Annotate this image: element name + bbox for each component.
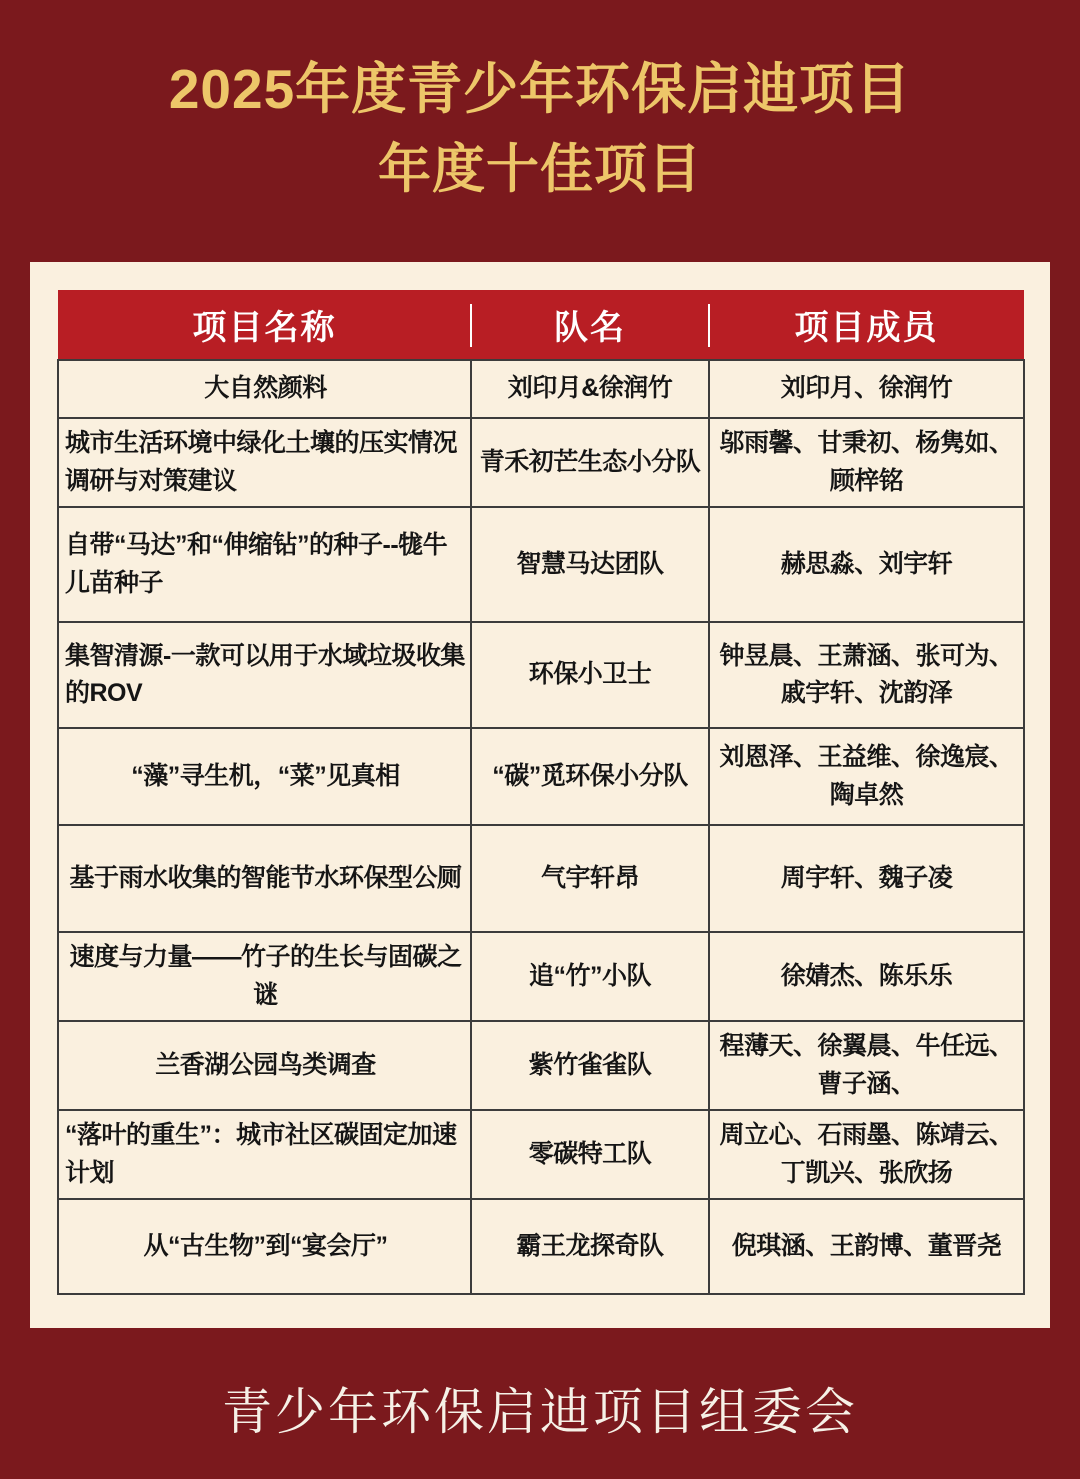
project-name-cell: 大自然颜料 [58,360,471,418]
table-row: 从“古生物”到“宴会厅” 霸王龙探奇队 倪琪涵、王韵博、董晋尧 [58,1199,1024,1294]
table-header: 项目名称 队名 项目成员 [58,290,1024,360]
table-row: 城市生活环境中绿化土壤的压实情况调研与对策建议 青禾初芒生态小分队 邬雨馨、甘秉… [58,418,1024,507]
header-row: 项目名称 队名 项目成员 [58,290,1024,360]
team-name-cell: 环保小卫士 [471,622,709,728]
team-name-cell: 霸王龙探奇队 [471,1199,709,1294]
table-row: 兰香湖公园鸟类调查 紫竹雀雀队 程薄天、徐翼晨、牛任远、曹子涵、 [58,1021,1024,1110]
members-cell: 刘印月、徐润竹 [709,360,1024,418]
members-cell: 刘恩泽、王益维、徐逸宸、陶卓然 [709,728,1024,825]
team-name-cell: 零碳特工队 [471,1110,709,1199]
project-name-cell: 从“古生物”到“宴会厅” [58,1199,471,1294]
members-cell: 钟昱晨、王萧涵、张可为、戚宇轩、沈韵泽 [709,622,1024,728]
table-body: 大自然颜料 刘印月&徐润竹 刘印月、徐润竹 城市生活环境中绿化土壤的压实情况调研… [58,360,1024,1294]
awards-table: 项目名称 队名 项目成员 大自然颜料 刘印月&徐润竹 刘印月、徐润竹 城市生活环… [57,290,1025,1295]
table-row: 大自然颜料 刘印月&徐润竹 刘印月、徐润竹 [58,360,1024,418]
members-cell: 徐婧杰、陈乐乐 [709,932,1024,1021]
project-name-cell: 速度与力量——竹子的生长与固碳之谜 [58,932,471,1021]
poster-title: 2025年度青少年环保启迪项目 年度十佳项目 [0,0,1080,196]
members-cell: 周宇轩、魏子凌 [709,825,1024,932]
table-row: 速度与力量——竹子的生长与固碳之谜 追“竹”小队 徐婧杰、陈乐乐 [58,932,1024,1021]
project-name-cell: 城市生活环境中绿化土壤的压实情况调研与对策建议 [58,418,471,507]
team-name-cell: 紫竹雀雀队 [471,1021,709,1110]
content-panel: 项目名称 队名 项目成员 大自然颜料 刘印月&徐润竹 刘印月、徐润竹 城市生活环… [30,262,1050,1328]
organizer-footer: 青少年环保启迪项目组委会 [0,1372,1080,1444]
col-header-project: 项目名称 [58,290,471,360]
members-cell: 倪琪涵、王韵博、董晋尧 [709,1199,1024,1294]
col-header-team: 队名 [471,290,709,360]
project-name-cell: “藻”寻生机，“菜”见真相 [58,728,471,825]
project-name-cell: “落叶的重生”：城市社区碳固定加速计划 [58,1110,471,1199]
table-row: 集智清源-一款可以用于水域垃圾收集的ROV 环保小卫士 钟昱晨、王萧涵、张可为、… [58,622,1024,728]
team-name-cell: 气宇轩昂 [471,825,709,932]
team-name-cell: 智慧马达团队 [471,507,709,622]
team-name-cell: “碳”觅环保小分队 [471,728,709,825]
table-row: “藻”寻生机，“菜”见真相 “碳”觅环保小分队 刘恩泽、王益维、徐逸宸、陶卓然 [58,728,1024,825]
project-name-cell: 兰香湖公园鸟类调查 [58,1021,471,1110]
members-cell: 赫思淼、刘宇轩 [709,507,1024,622]
team-name-cell: 青禾初芒生态小分队 [471,418,709,507]
team-name-cell: 追“竹”小队 [471,932,709,1021]
table-row: “落叶的重生”：城市社区碳固定加速计划 零碳特工队 周立心、石雨墨、陈靖云、丁凯… [58,1110,1024,1199]
page-title-line1: 2025年度青少年环保启迪项目 [0,0,1080,117]
table-row: 基于雨水收集的智能节水环保型公厕 气宇轩昂 周宇轩、魏子凌 [58,825,1024,932]
members-cell: 周立心、石雨墨、陈靖云、丁凯兴、张欣扬 [709,1110,1024,1199]
table-row: 自带“马达”和“伸缩钻”的种子--牻牛儿苗种子 智慧马达团队 赫思淼、刘宇轩 [58,507,1024,622]
page-title-line2: 年度十佳项目 [0,143,1080,196]
team-name-cell: 刘印月&徐润竹 [471,360,709,418]
project-name-cell: 集智清源-一款可以用于水域垃圾收集的ROV [58,622,471,728]
col-header-members: 项目成员 [709,290,1024,360]
project-name-cell: 自带“马达”和“伸缩钻”的种子--牻牛儿苗种子 [58,507,471,622]
members-cell: 程薄天、徐翼晨、牛任远、曹子涵、 [709,1021,1024,1110]
members-cell: 邬雨馨、甘秉初、杨隽如、顾梓铭 [709,418,1024,507]
project-name-cell: 基于雨水收集的智能节水环保型公厕 [58,825,471,932]
